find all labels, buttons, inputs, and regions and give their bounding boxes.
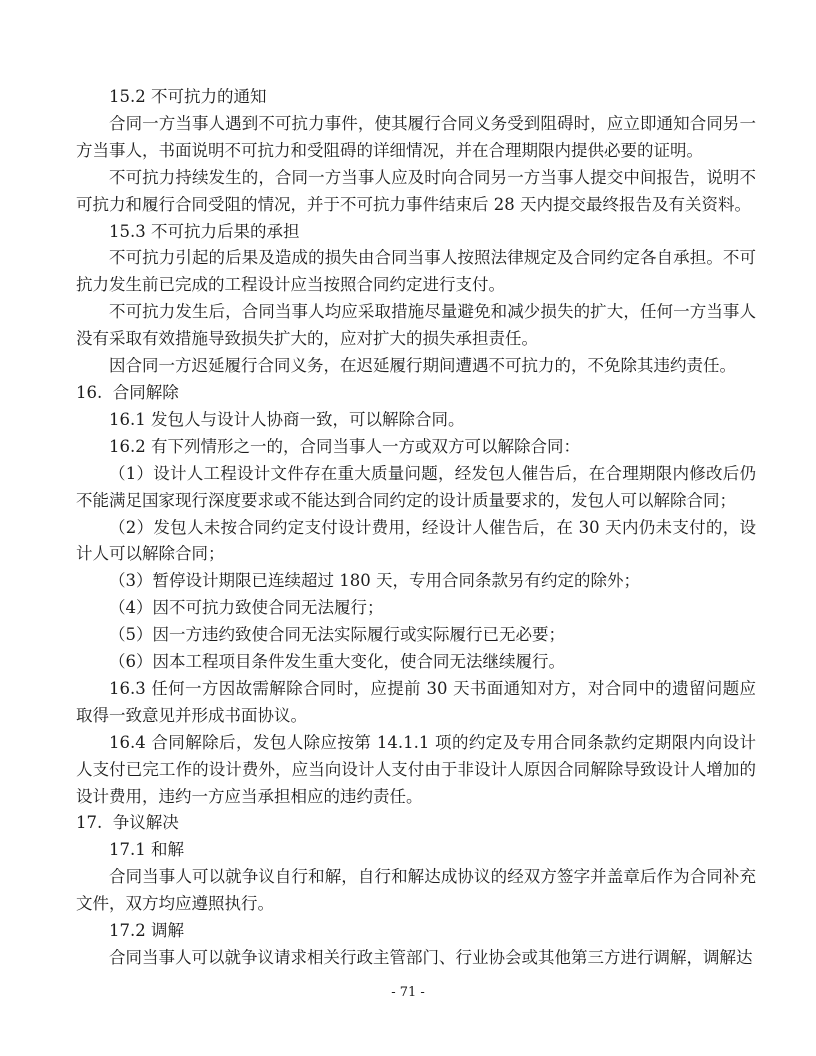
item-16-2-5: （5）因一方违约致使合同无法实际履行或实际履行已无必要； bbox=[76, 622, 756, 649]
para-consequences-2: 不可抗力发生后，合同当事人均应采取措施尽量避免和减少损失的扩大，任何一方当事人没… bbox=[76, 299, 756, 353]
item-16-2-4: （4）因不可抗力致使合同无法履行； bbox=[76, 595, 756, 622]
para-consequences-3: 因合同一方迟延履行合同义务，在迟延履行期间遭遇不可抗力的，不免除其违约责任。 bbox=[76, 353, 756, 380]
para-16-2: 16.2 有下列情形之一的，合同当事人一方或双方可以解除合同： bbox=[76, 434, 756, 461]
item-16-2-6: （6）因本工程项目条件发生重大变化，使合同无法继续履行。 bbox=[76, 649, 756, 676]
para-16-1: 16.1 发包人与设计人协商一致，可以解除合同。 bbox=[76, 407, 756, 434]
para-consequences-1: 不可抗力引起的后果及造成的损失由合同当事人按照法律规定及合同约定各自承担。不可抗… bbox=[76, 245, 756, 299]
para-force-majeure-notice-1: 合同一方当事人遇到不可抗力事件，使其履行合同义务受到阻碍时，应立即通知合同另一方… bbox=[76, 111, 756, 165]
para-17-1: 合同当事人可以就争议自行和解，自行和解达成协议的经双方签字并盖章后作为合同补充文… bbox=[76, 864, 756, 918]
heading-15-2: 15.2 不可抗力的通知 bbox=[76, 84, 756, 111]
para-17-2: 合同当事人可以就争议请求相关行政主管部门、行业协会或其他第三方进行调解，调解达 bbox=[76, 945, 756, 972]
item-16-2-2: （2）发包人未按合同约定支付设计费用，经设计人催告后，在 30 天内仍未支付的，… bbox=[76, 515, 756, 569]
contract-text-body: 15.2 不可抗力的通知 合同一方当事人遇到不可抗力事件，使其履行合同义务受到阻… bbox=[76, 84, 756, 972]
heading-16-contract-termination: 16. 合同解除 bbox=[76, 380, 756, 407]
item-16-2-1: （1）设计人工程设计文件存在重大质量问题，经发包人催告后，在合理期限内修改后仍不… bbox=[76, 461, 756, 515]
heading-17-1-settlement: 17.1 和解 bbox=[76, 837, 756, 864]
page-number: - 71 - bbox=[0, 985, 816, 1000]
para-force-majeure-notice-2: 不可抗力持续发生的，合同一方当事人应及时向合同另一方当事人提交中间报告，说明不可… bbox=[76, 165, 756, 219]
para-16-3: 16.3 任何一方因故需解除合同时，应提前 30 天书面通知对方，对合同中的遗留… bbox=[76, 676, 756, 730]
heading-17-dispute-resolution: 17. 争议解决 bbox=[76, 810, 756, 837]
heading-17-2-mediation: 17.2 调解 bbox=[76, 918, 756, 945]
para-16-4: 16.4 合同解除后，发包人除应按第 14.1.1 项的约定及专用合同条款约定期… bbox=[76, 730, 756, 811]
heading-15-3: 15.3 不可抗力后果的承担 bbox=[76, 219, 756, 246]
item-16-2-3: （3）暂停设计期限已连续超过 180 天，专用合同条款另有约定的除外； bbox=[76, 568, 756, 595]
document-page: 15.2 不可抗力的通知 合同一方当事人遇到不可抗力事件，使其履行合同义务受到阻… bbox=[0, 0, 816, 1056]
